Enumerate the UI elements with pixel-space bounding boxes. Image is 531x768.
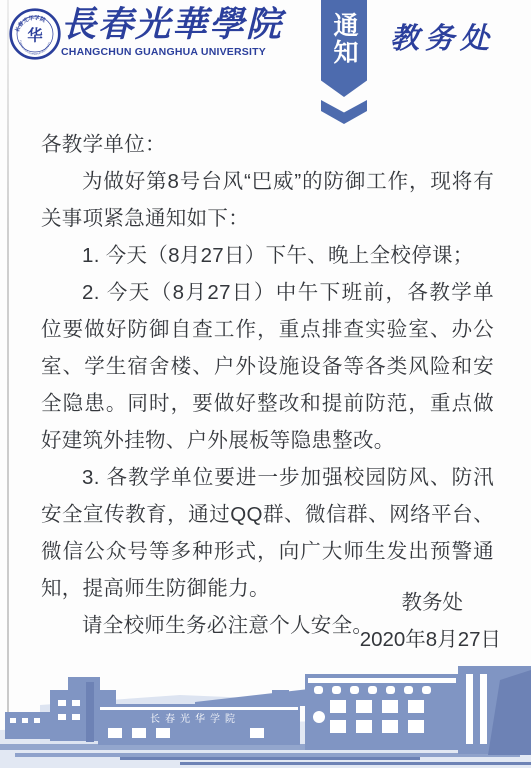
university-seal-icon: 长春光华学院 CHANGCHUN GUANGHUA UNIVERSITY 华 [8,7,62,61]
paragraph-item-1: 1. 今天（8月27日）下午、晚上全校停课； [41,237,494,274]
paragraph-intro: 为做好第8号台风“巴威”的防御工作，现将有关事项紧急通知如下： [41,163,494,237]
notice-ribbon: 通知 [321,0,367,126]
notice-ribbon-body: 通知 [321,0,367,97]
university-title-block: 長春光華學院 CHANGCHUN GUANGHUA UNIVERSITY [61,5,321,58]
notice-document: 长春光华学院 CHANGCHUN GUANGHUA UNIVERSITY 华 長… [0,0,531,768]
signature-block: 教务处 2020年8月27日 [0,584,531,658]
university-name-english: CHANGCHUN GUANGHUA UNIVERSITY [61,46,321,58]
university-name-chinese: 長春光華學院 [61,5,321,45]
ribbon-chevron-icon [321,100,367,124]
department-calligraphy: 教务处 [390,16,495,57]
salutation: 各教学单位： [41,126,494,163]
paragraph-item-2: 2. 今天（8月27日）中午下班前，各教学单位要做好防御自查工作，重点排查实验室… [41,274,494,459]
campus-buildings-watermark: 长春光华学院 [0,660,531,768]
signature-date: 2020年8月27日 [0,621,501,658]
seal-emblem-glyph: 华 [27,26,43,44]
notice-ribbon-label: 通知 [321,12,367,97]
signature-department: 教务处 [0,584,463,621]
notice-body: 各教学单位： 为做好第8号台风“巴威”的防御工作，现将有关事项紧急通知如下： 1… [41,126,494,644]
watermark-building-caption: 长春光华学院 [150,712,240,725]
